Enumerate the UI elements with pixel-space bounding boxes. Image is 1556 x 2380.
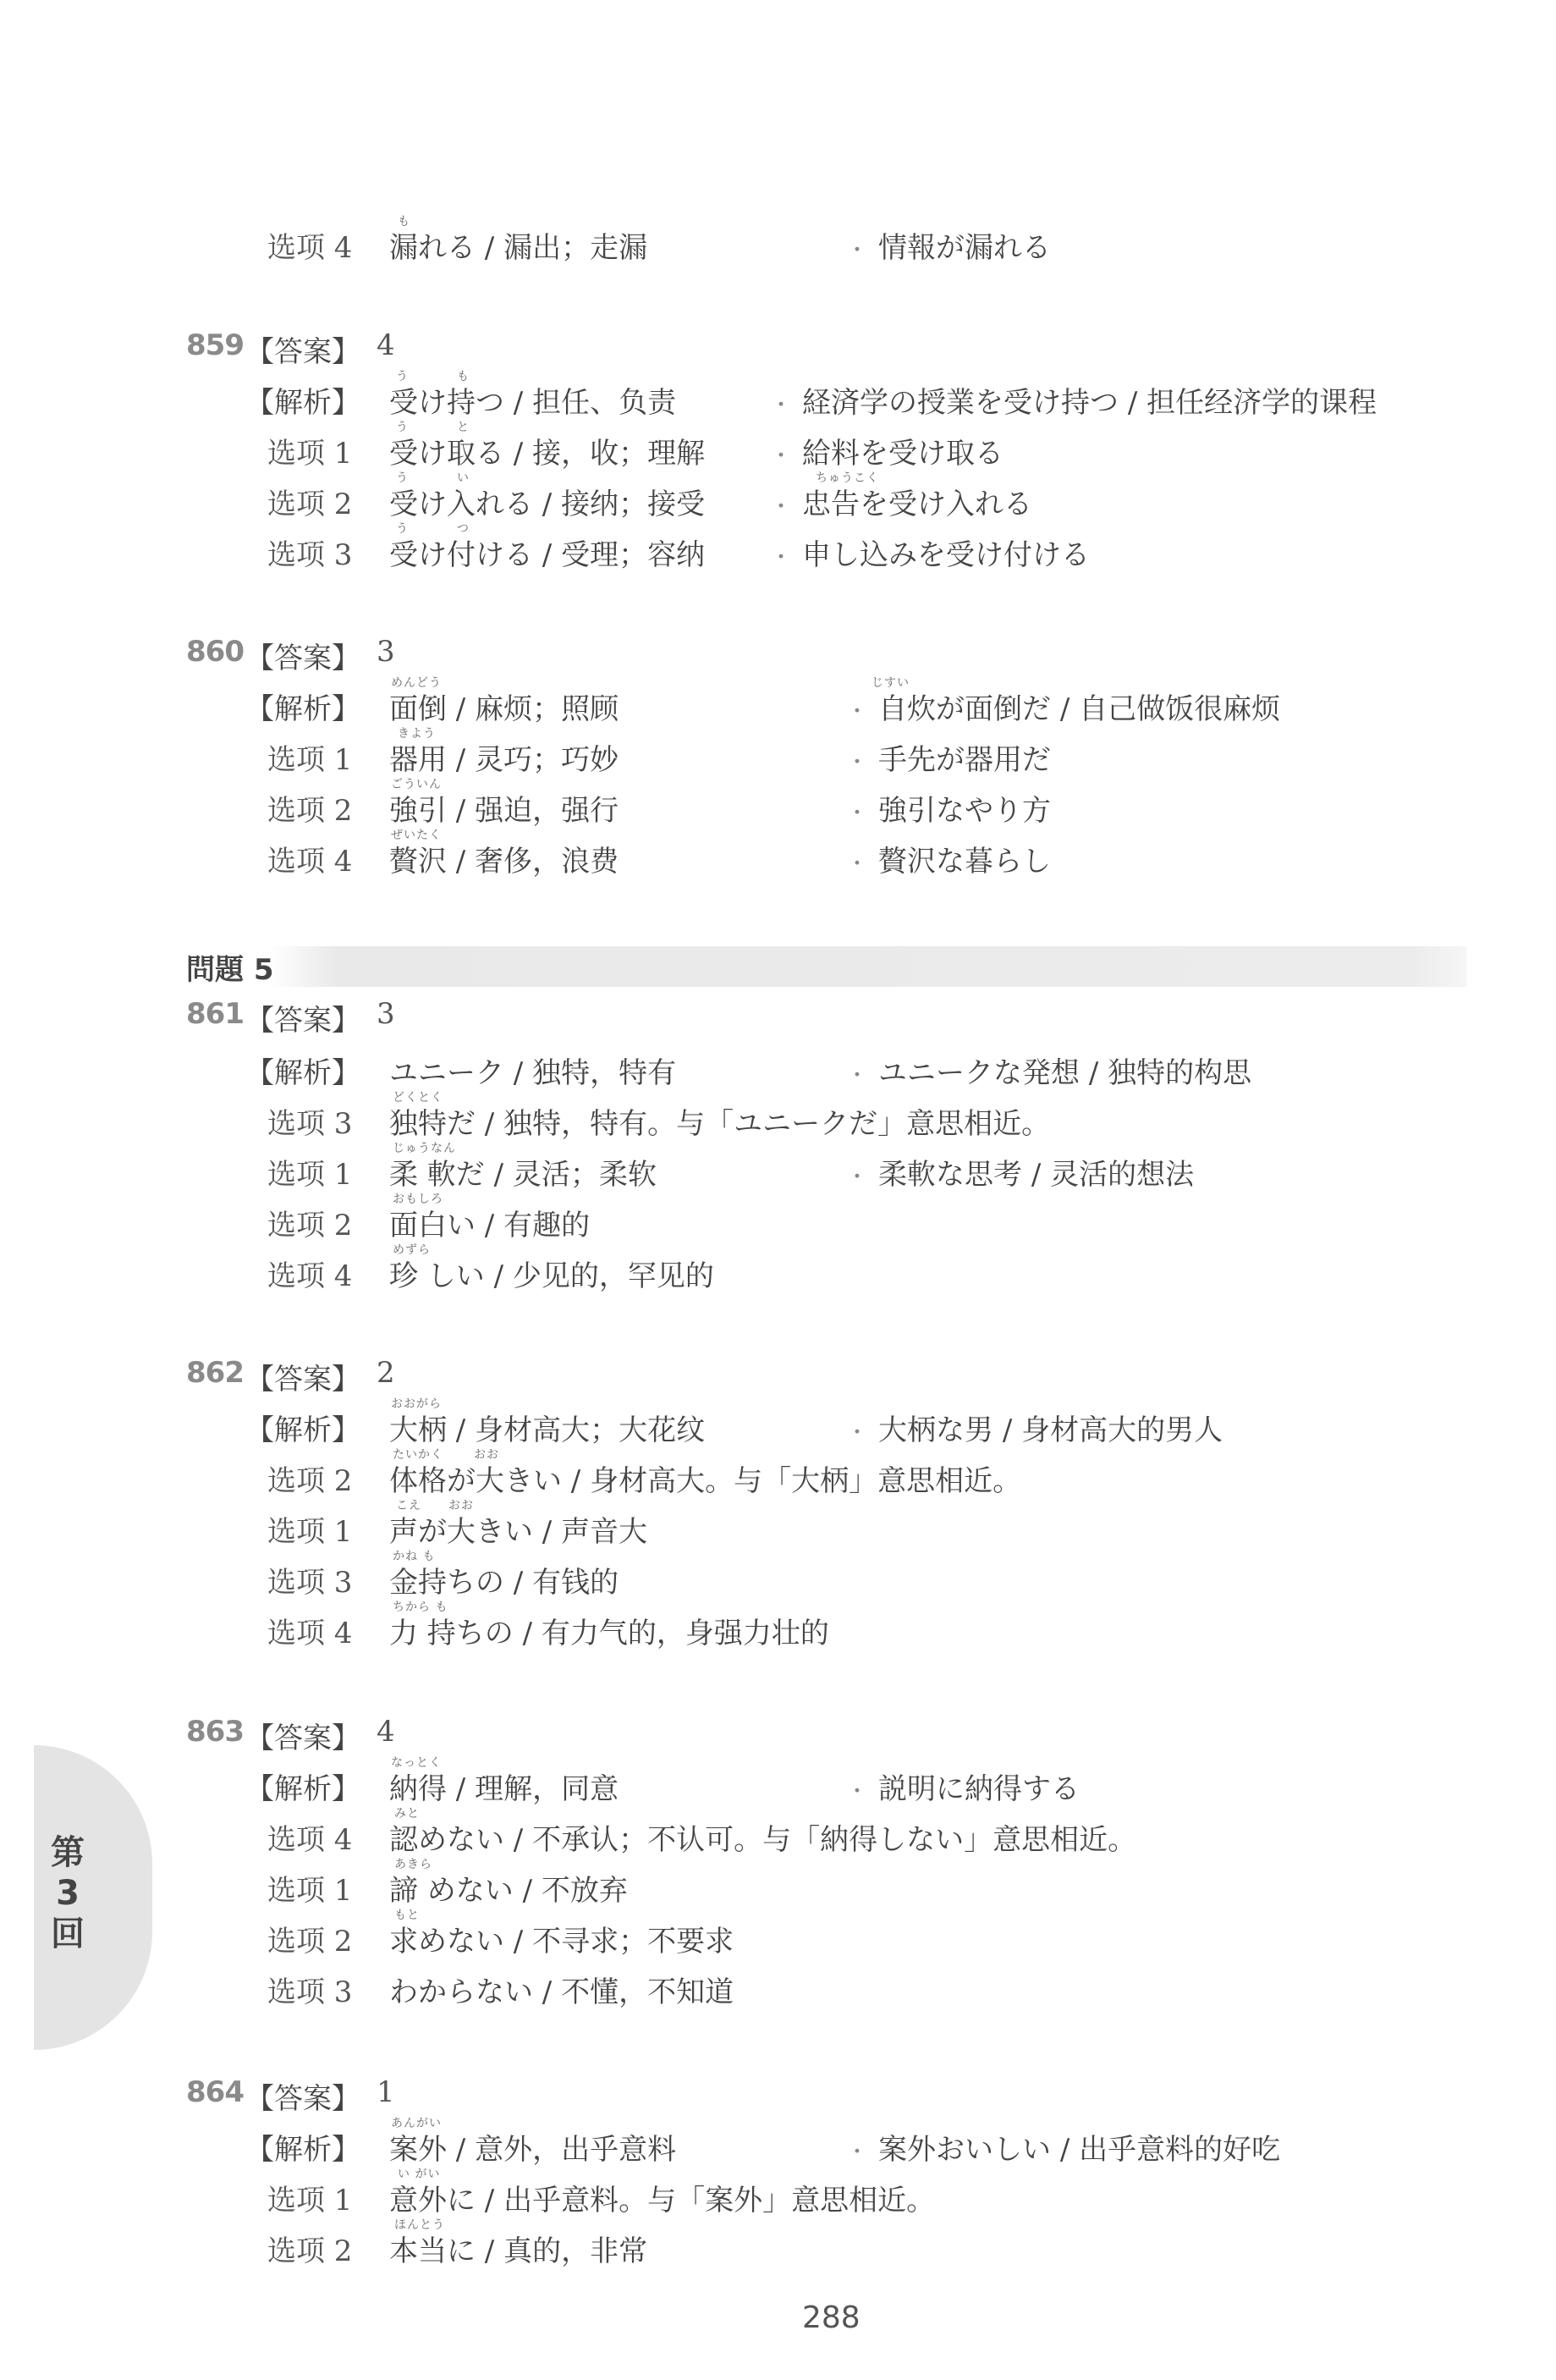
- term: 漏れる / 漏出；走漏: [389, 224, 647, 266]
- option-label: 选项 1: [267, 1867, 352, 1909]
- answer-value: 4: [377, 1715, 395, 1749]
- option-row: う い ちゅうこく 选项 2 受け入れる / 接纳；接受 ・忠告を受け入れる: [0, 481, 1556, 532]
- term: 案外 / 意外，出乎意料: [389, 2126, 676, 2168]
- option-label: 选项 1: [267, 1508, 352, 1550]
- analysis-label: 【解析】: [245, 1407, 360, 1448]
- option-row: みと 选项 4 認めない / 不承认；不认可。与「納得しない」意思相近。: [0, 1816, 1556, 1867]
- answer-row: 859 【答案】 4: [0, 328, 1556, 379]
- example-text: 情報が漏れる: [878, 231, 1051, 265]
- question-number: 863: [186, 1715, 244, 1749]
- bullet-icon: ・: [770, 443, 792, 469]
- answer-row: 863 【答案】 4: [0, 1715, 1556, 1766]
- example: ・給料を受け取る: [770, 430, 1003, 471]
- bullet-icon: ・: [846, 2140, 868, 2165]
- example: ・情報が漏れる: [846, 224, 1051, 266]
- answer-label: 【答案】: [245, 1715, 360, 1756]
- example: ・自炊が面倒だ / 自己做饭很麻烦: [846, 686, 1280, 727]
- term: 贅沢 / 奢侈，浪费: [389, 838, 619, 879]
- example: ・説明に納得する: [846, 1766, 1080, 1807]
- example: ・案外おいしい / 出乎意料的好吃: [846, 2126, 1280, 2168]
- example-text: 自炊が面倒だ / 自己做饭很麻烦: [878, 692, 1280, 726]
- analysis-label: 【解析】: [245, 2126, 360, 2168]
- term: 強引 / 强迫，强行: [389, 787, 619, 829]
- example: ・柔軟な思考 / 灵活的想法: [846, 1151, 1194, 1193]
- option-label: 选项 4: [267, 838, 352, 879]
- option-label: 选项 3: [267, 1969, 352, 2010]
- option-row: う つ 选项 3 受け付ける / 受理；容纳 ・申し込みを受け付ける: [0, 532, 1556, 582]
- answer-value: 3: [377, 997, 395, 1031]
- term: 受け付ける / 受理；容纳: [389, 532, 705, 573]
- answer-value: 4: [377, 328, 395, 362]
- answer-value: 1: [377, 2075, 395, 2109]
- option-label: 选项 1: [267, 430, 352, 471]
- analysis-label: 【解析】: [245, 686, 360, 727]
- option-row: どくとく 选项 3 独特だ / 独特，特有。与「ユニークだ」意思相近。: [0, 1100, 1556, 1151]
- option-row: こえ おお 选项 1 声が大きい / 声音大: [0, 1508, 1556, 1559]
- example-text: 強引なやり方: [878, 794, 1051, 828]
- term: 受け持つ / 担任、负责: [389, 379, 676, 421]
- option-label: 选项 4: [267, 1816, 352, 1858]
- analysis-row: めんどう じすい 【解析】 面倒 / 麻烦；照顾 ・自炊が面倒だ / 自己做饭很…: [0, 686, 1556, 736]
- option-row: かね も 选项 3 金持ちの / 有钱的: [0, 1559, 1556, 1610]
- answer-row: 864 【答案】 1: [0, 2075, 1556, 2126]
- bullet-icon: ・: [846, 750, 868, 775]
- bullet-icon: ・: [846, 851, 868, 877]
- bullet-icon: ・: [846, 699, 868, 724]
- term: 認めない / 不承认；不认可。与「納得しない」意思相近。: [389, 1816, 1136, 1858]
- answer-label: 【答案】: [245, 997, 360, 1038]
- option-row: あきら 选项 1 諦 めない / 不放弃: [0, 1867, 1556, 1918]
- bullet-icon: ・: [846, 1779, 868, 1804]
- term: 独特だ / 独特，特有。与「ユニークだ」意思相近。: [389, 1100, 1050, 1142]
- term: 珍 しい / 少见的，罕见的: [389, 1253, 714, 1294]
- page-number: 288: [802, 2300, 860, 2335]
- term: 声が大きい / 声音大: [389, 1508, 647, 1550]
- option-label: 选项 1: [267, 1151, 352, 1193]
- option-label: 选项 1: [267, 736, 352, 778]
- bullet-icon: ・: [770, 545, 792, 570]
- answer-label: 【答案】: [245, 635, 360, 676]
- term: ユニーク / 独特，特有: [389, 1050, 676, 1091]
- example-text: 申し込みを受け付ける: [802, 538, 1090, 572]
- example-text: 経済学の授業を受け持つ / 担任经济学的课程: [802, 386, 1377, 420]
- bullet-icon: ・: [846, 1165, 868, 1190]
- analysis-row: う も 【解析】 受け持つ / 担任、负责 ・経済学の授業を受け持つ / 担任经…: [0, 379, 1556, 430]
- option-label: 选项 2: [267, 481, 352, 522]
- answer-label: 【答案】: [245, 1356, 360, 1397]
- answer-label: 【答案】: [245, 328, 360, 370]
- option-label: 选项 4: [267, 1253, 352, 1294]
- answer-value: 3: [377, 635, 395, 669]
- example-text: 給料を受け取る: [802, 437, 1003, 471]
- option-row: おもしろ 选项 2 面白い / 有趣的: [0, 1202, 1556, 1253]
- option-label: 选项 4: [267, 224, 352, 266]
- example-text: 案外おいしい / 出乎意料的好吃: [878, 2133, 1280, 2167]
- option-row: ほんとう 选项 2 本当に / 真的，非常: [0, 2228, 1556, 2278]
- example: ・贅沢な暮らし: [846, 838, 1051, 879]
- option-label: 选项 2: [267, 1918, 352, 1959]
- bullet-icon: ・: [846, 801, 868, 826]
- option-label: 选项 4: [267, 1610, 352, 1651]
- carryover-row: も 选项 4 漏れる / 漏出；走漏 ・情報が漏れる: [0, 224, 1556, 275]
- term: 大柄 / 身材高大；大花纹: [389, 1407, 705, 1448]
- option-row: きよう 选项 1 器用 / 灵巧；巧妙 ・手先が器用だ: [0, 736, 1556, 787]
- example: ・忠告を受け入れる: [770, 481, 1032, 522]
- example: ・経済学の授業を受け持つ / 担任经济学的课程: [770, 379, 1377, 421]
- example-text: 説明に納得する: [878, 1772, 1080, 1806]
- bullet-icon: ・: [770, 393, 792, 418]
- option-row: ちから も 选项 4 力 持ちの / 有力气的，身强力壮的: [0, 1610, 1556, 1661]
- question-number: 861: [186, 997, 244, 1031]
- option-label: 选项 3: [267, 1100, 352, 1142]
- question-number: 864: [186, 2075, 244, 2109]
- term: 諦 めない / 不放弃: [389, 1867, 628, 1909]
- example-text: 忠告を受け入れる: [802, 488, 1032, 521]
- option-row: い がい 选项 1 意外に / 出乎意料。与「案外」意思相近。: [0, 2177, 1556, 2228]
- term: わからない / 不懂，不知道: [389, 1969, 734, 2010]
- answer-row: 860 【答案】 3: [0, 635, 1556, 686]
- option-row: 选项 3 わからない / 不懂，不知道: [0, 1969, 1556, 2019]
- option-row: う と 选项 1 受け取る / 接，收；理解 ・給料を受け取る: [0, 430, 1556, 481]
- term: 本当に / 真的，非常: [389, 2228, 647, 2269]
- term: 求めない / 不寻求；不要求: [389, 1918, 734, 1959]
- option-label: 选项 3: [267, 532, 352, 573]
- analysis-label: 【解析】: [245, 1050, 360, 1091]
- option-row: ぜいたく 选项 4 贅沢 / 奢侈，浪费 ・贅沢な暮らし: [0, 838, 1556, 889]
- option-label: 选项 2: [267, 1202, 352, 1243]
- example: ・ユニークな発想 / 独特的构思: [846, 1050, 1251, 1091]
- term: 力 持ちの / 有力气的，身强力壮的: [389, 1610, 829, 1651]
- term: 金持ちの / 有钱的: [389, 1559, 619, 1600]
- example-text: ユニークな発想 / 独特的构思: [878, 1056, 1251, 1090]
- term: 面白い / 有趣的: [389, 1202, 590, 1243]
- term: 受け入れる / 接纳；接受: [389, 481, 705, 522]
- answer-label: 【答案】: [245, 2075, 360, 2117]
- example: ・強引なやり方: [846, 787, 1051, 829]
- analysis-row: なっとく 【解析】 納得 / 理解，同意 ・説明に納得する: [0, 1766, 1556, 1816]
- section-header-bar: [184, 946, 1466, 987]
- answer-row: 862 【答案】 2: [0, 1356, 1556, 1407]
- bullet-icon: ・: [846, 238, 868, 263]
- term: 器用 / 灵巧；巧妙: [389, 736, 619, 778]
- example-text: 柔軟な思考 / 灵活的想法: [878, 1158, 1194, 1192]
- bullet-icon: ・: [846, 1420, 868, 1446]
- bullet-icon: ・: [846, 1063, 868, 1088]
- option-label: 选项 2: [267, 2228, 352, 2269]
- term: 面倒 / 麻烦；照顾: [389, 686, 619, 727]
- example: ・大柄な男 / 身材高大的男人: [846, 1407, 1223, 1448]
- example-text: 手先が器用だ: [878, 743, 1051, 777]
- example: ・手先が器用だ: [846, 736, 1051, 778]
- term: 体格が大きい / 身材高大。与「大柄」意思相近。: [389, 1457, 1021, 1499]
- analysis-row: 【解析】 ユニーク / 独特，特有 ・ユニークな発想 / 独特的构思: [0, 1050, 1556, 1100]
- section-title: 問題 5: [186, 946, 274, 988]
- option-row: めずら 选项 4 珍 しい / 少见的，罕见的: [0, 1253, 1556, 1303]
- answer-value: 2: [377, 1356, 395, 1390]
- term: 受け取る / 接，收；理解: [389, 430, 705, 471]
- term: 意外に / 出乎意料。与「案外」意思相近。: [389, 2177, 935, 2218]
- question-number: 862: [186, 1356, 244, 1390]
- option-label: 选项 2: [267, 1457, 352, 1499]
- example-text: 贅沢な暮らし: [878, 845, 1051, 879]
- analysis-row: あんがい 【解析】 案外 / 意外，出乎意料 ・案外おいしい / 出乎意料的好吃: [0, 2126, 1556, 2177]
- analysis-label: 【解析】: [245, 379, 360, 421]
- option-row: ごういん 选项 2 強引 / 强迫，强行 ・強引なやり方: [0, 787, 1556, 838]
- question-number: 859: [186, 328, 244, 362]
- option-row: もと 选项 2 求めない / 不寻求；不要求: [0, 1918, 1556, 1969]
- example-text: 大柄な男 / 身材高大的男人: [878, 1413, 1223, 1447]
- bullet-icon: ・: [770, 494, 792, 520]
- option-row: たいかく おお 选项 2 体格が大きい / 身材高大。与「大柄」意思相近。: [0, 1457, 1556, 1508]
- option-label: 选项 2: [267, 787, 352, 829]
- question-number: 860: [186, 635, 244, 669]
- option-row: じゅうなん 选项 1 柔 軟だ / 灵活；柔软 ・柔軟な思考 / 灵活的想法: [0, 1151, 1556, 1202]
- answer-row: 861 【答案】 3: [0, 997, 1556, 1048]
- example: ・申し込みを受け付ける: [770, 532, 1090, 573]
- analysis-label: 【解析】: [245, 1766, 360, 1807]
- analysis-row: おおがら 【解析】 大柄 / 身材高大；大花纹 ・大柄な男 / 身材高大的男人: [0, 1407, 1556, 1457]
- term: 柔 軟だ / 灵活；柔软: [389, 1151, 657, 1193]
- option-label: 选项 1: [267, 2177, 352, 2218]
- term: 納得 / 理解，同意: [389, 1766, 619, 1807]
- option-label: 选项 3: [267, 1559, 352, 1600]
